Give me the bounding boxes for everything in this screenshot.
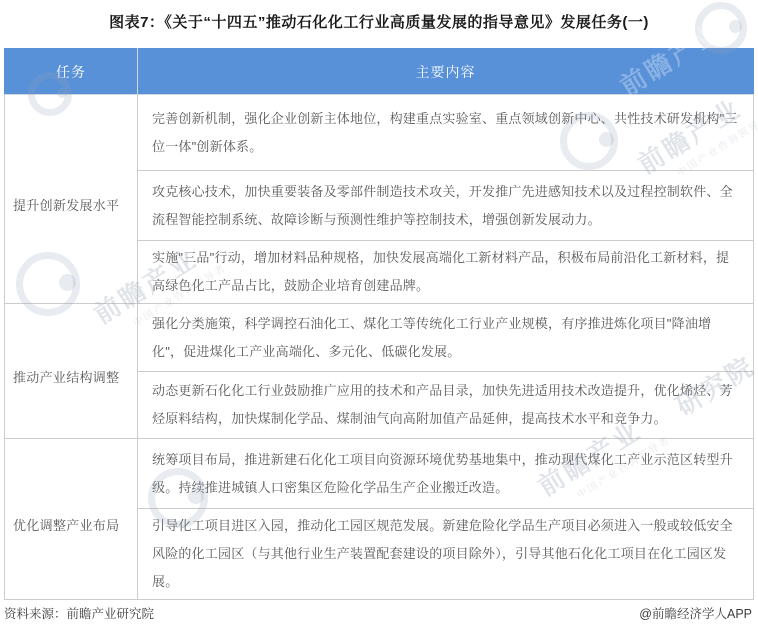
task-cell-innovation: 提升创新发展水平 bbox=[5, 95, 138, 304]
content-cell: 引导化工项目进区入园，推动化工园区规范发展。新建危险化学品生产项目必须进入一般或… bbox=[138, 509, 754, 600]
column-header-content: 主要内容 bbox=[138, 49, 754, 95]
content-cell: 实施"三品"行动，增加材料品种规格，加快发展高端化工新材料产品，积极布局前沿化工… bbox=[138, 241, 754, 304]
figure-page: { "page": { "title": "图表7：《关于“十四五”推动石化化工… bbox=[0, 0, 758, 636]
table-header-row: 任务 主要内容 bbox=[5, 49, 754, 95]
task-cell-layout: 优化调整产业布局 bbox=[5, 439, 138, 600]
footer: 资料来源：前瞻产业研究院 @前瞻经济学人APP bbox=[4, 604, 752, 622]
content-cell: 动态更新石化化工行业鼓励推广应用的技术和产品目录，加快先进适用技术改造提升，优化… bbox=[138, 372, 754, 439]
content-cell: 完善创新机制，强化企业创新主体地位，构建重点实验室、重点领域创新中心、共性技术研… bbox=[138, 95, 754, 171]
table-row: 提升创新发展水平 完善创新机制，强化企业创新主体地位，构建重点实验室、重点领域创… bbox=[5, 95, 754, 171]
figure-title: 图表7：《关于“十四五”推动石化化工行业高质量发展的指导意见》发展任务(一) bbox=[0, 11, 758, 32]
table-row: 优化调整产业布局 统筹项目布局，推进新建石化化工项目向资源环境优势基地集中，推动… bbox=[5, 439, 754, 509]
task-cell-structure: 推动产业结构调整 bbox=[5, 304, 138, 439]
tasks-table: 任务 主要内容 提升创新发展水平 完善创新机制，强化企业创新主体地位，构建重点实… bbox=[4, 48, 754, 600]
content-cell: 统筹项目布局，推进新建石化化工项目向资源环境优势基地集中，推动现代煤化工产业示范… bbox=[138, 439, 754, 509]
source-note: 资料来源：前瞻产业研究院 bbox=[4, 604, 154, 622]
table-row: 推动产业结构调整 强化分类施策，科学调控石油化工、煤化工等传统化工行业产业规模，… bbox=[5, 304, 754, 372]
content-cell: 攻克核心技术，加快重要装备及零部件制造技术攻关，开发推广先进感知技术以及过程控制… bbox=[138, 171, 754, 241]
credit-note: @前瞻经济学人APP bbox=[639, 604, 752, 622]
column-header-task: 任务 bbox=[5, 49, 138, 95]
content-cell: 强化分类施策，科学调控石油化工、煤化工等传统化工行业产业规模，有序推进炼化项目"… bbox=[138, 304, 754, 372]
